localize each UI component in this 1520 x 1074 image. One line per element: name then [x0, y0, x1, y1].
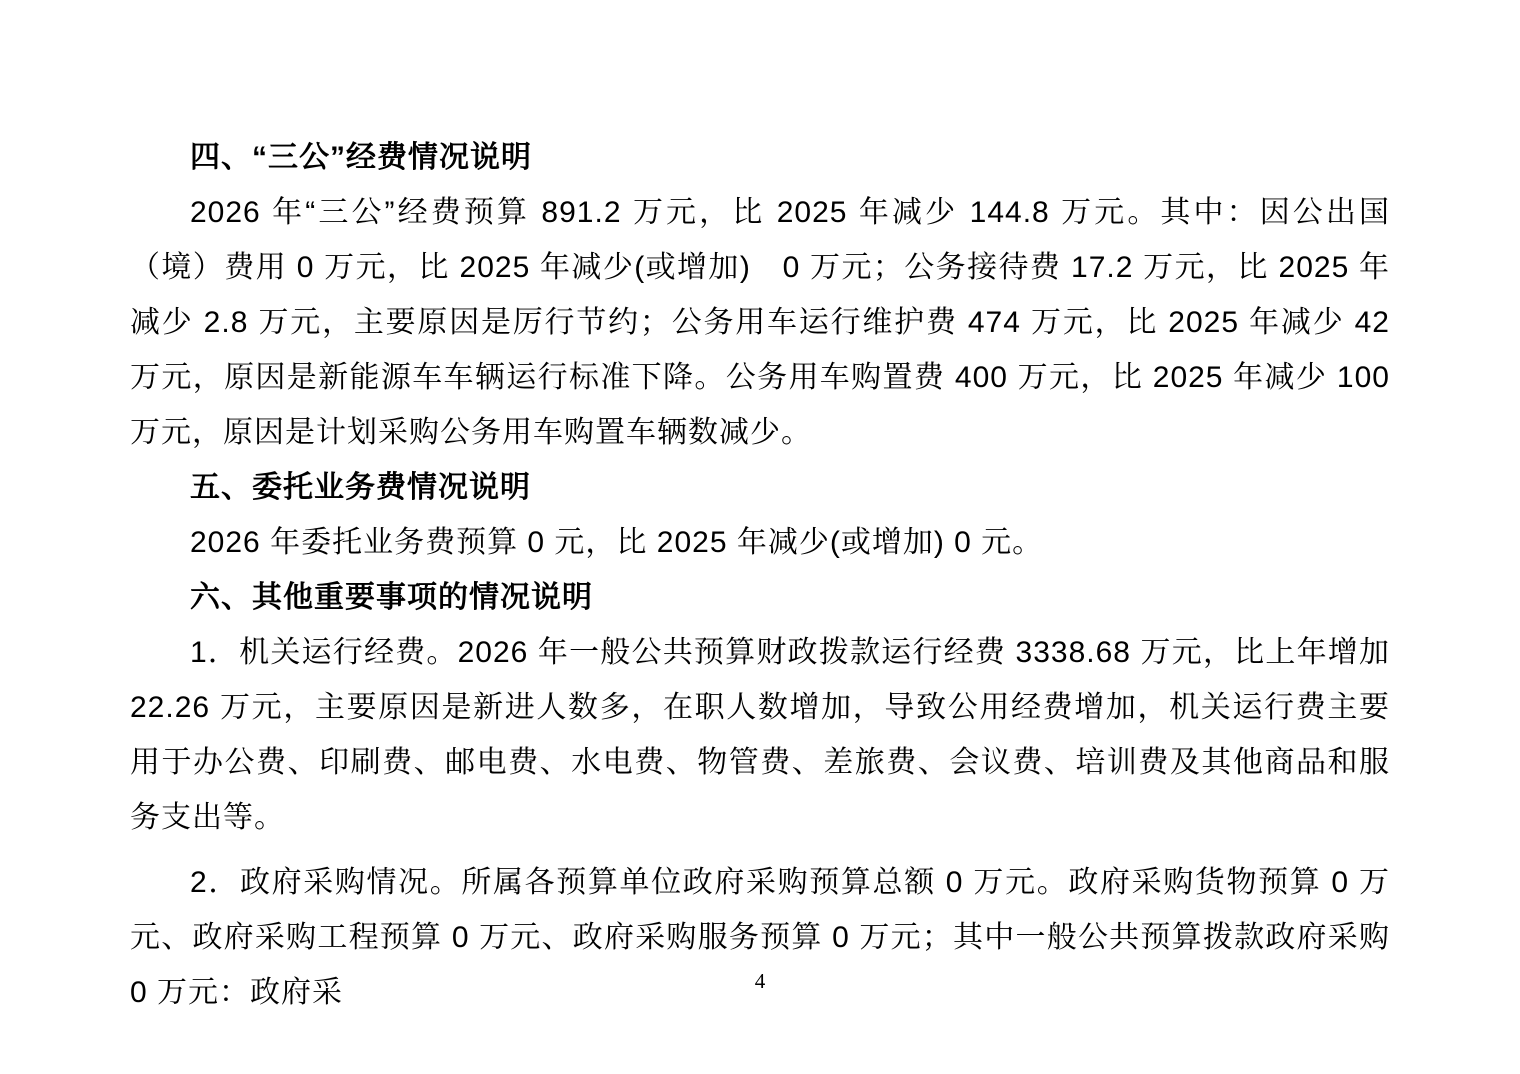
section-entrusted-business-fees-paragraph: 2026 年委托业务费预算 0 元，比 2025 年减少(或增加) 0 元。: [130, 515, 1390, 570]
section-three-public-funds-paragraph: 2026 年“三公”经费预算 891.2 万元，比 2025 年减少 144.8…: [130, 185, 1390, 460]
section-heading-three-public-funds: 四、“三公”经费情况说明: [130, 130, 1390, 185]
section-other-matters-paragraph-agency-operating-funds: 1．机关运行经费。2026 年一般公共预算财政拨款运行经费 3338.68 万元…: [130, 625, 1390, 845]
section-heading-other-important-matters: 六、其他重要事项的情况说明: [130, 570, 1390, 625]
section-other-matters-paragraph-government-procurement: 2．政府采购情况。所属各预算单位政府采购预算总额 0 万元。政府采购货物预算 0…: [130, 855, 1390, 1020]
section-heading-entrusted-business-fees: 五、委托业务费情况说明: [130, 460, 1390, 515]
page-number: 4: [0, 969, 1520, 994]
document-body: 四、“三公”经费情况说明 2026 年“三公”经费预算 891.2 万元，比 2…: [130, 130, 1390, 1020]
document-page: 四、“三公”经费情况说明 2026 年“三公”经费预算 891.2 万元，比 2…: [0, 0, 1520, 1074]
